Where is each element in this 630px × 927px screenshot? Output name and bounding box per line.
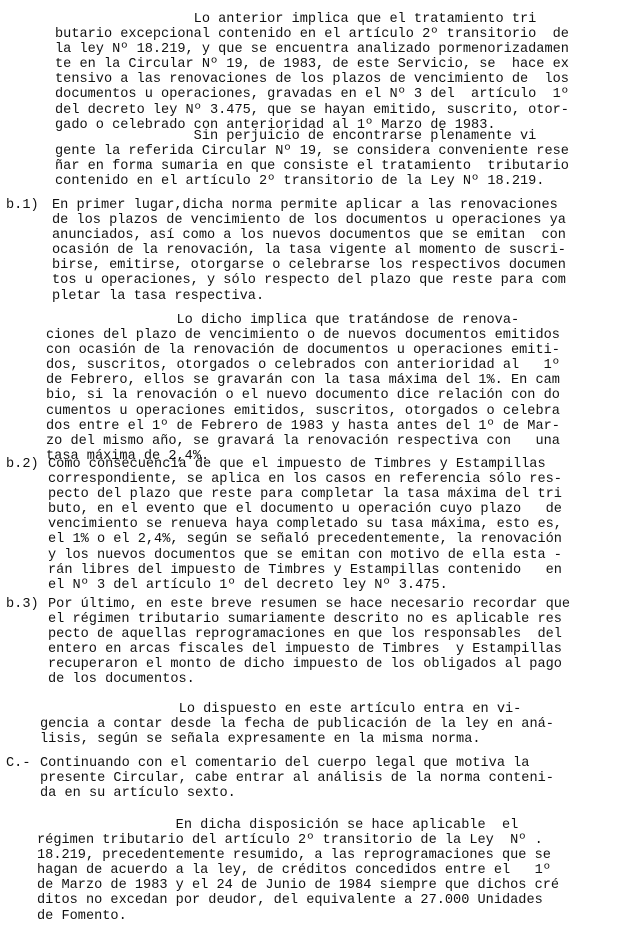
paragraph-p1: Lo anterior implica que el tratamiento t… <box>55 12 569 133</box>
text-line: Lo dicho implica que tratándose de renov… <box>46 313 560 328</box>
text-line: pletar la tasa respectiva. <box>52 289 566 304</box>
text-line: gente la referida Circular Nº 19, se con… <box>55 144 569 159</box>
text-line: tos u operaciones, y sólo respecto del p… <box>52 273 566 288</box>
text-line: correspondiente, se aplica en los casos … <box>48 472 562 487</box>
text-line: rán libres del impuesto de Timbres y Est… <box>48 563 562 578</box>
text-line: de Marzo de 1983 y el 24 de Junio de 198… <box>37 878 559 893</box>
text-line: y los nuevos documentos que se emitan co… <box>48 548 562 563</box>
text-line: Por último, en este breve resumen se hac… <box>48 597 570 612</box>
text-line: Lo anterior implica que el tratamiento t… <box>55 12 569 27</box>
text-line: En dicha disposición se hace aplicable e… <box>37 818 559 833</box>
text-line: documentos u operaciones, gravadas en el… <box>55 87 569 102</box>
text-line: vencimiento se renueva haya completado s… <box>48 517 562 532</box>
text-line: entero en arcas fiscales del impuesto de… <box>48 642 570 657</box>
text-line: presente Circular, cabe entrar al anális… <box>40 771 554 786</box>
paragraph-b3: Por último, en este breve resumen se hac… <box>48 597 570 688</box>
section-label: b.2) <box>6 457 39 472</box>
paragraph-c: Continuando con el comentario del cuerpo… <box>40 756 554 801</box>
text-line: ciones del plazo de vencimiento o de nue… <box>46 328 560 343</box>
text-line: ñar en forma sumaria en que consiste el … <box>55 159 569 174</box>
paragraph-p4: Lo dispuesto en este artículo entra en v… <box>40 702 554 747</box>
section-label: C.- <box>6 756 30 771</box>
text-line: buto, en el evento que el documento u op… <box>48 502 562 517</box>
paragraph-p3: Lo dicho implica que tratándose de renov… <box>46 313 560 464</box>
text-line: Continuando con el comentario del cuerpo… <box>40 756 554 771</box>
text-line: cumentos u operaciones emitidos, suscrit… <box>46 404 560 419</box>
text-line: Como consecuencia de que el impuesto de … <box>48 457 562 472</box>
text-line: hagan de acuerdo a la ley, de créditos c… <box>37 863 559 878</box>
text-line: da en su artículo sexto. <box>40 786 554 801</box>
text-line: butario excepcional contenido en el artí… <box>55 27 569 42</box>
text-line: bio, si la renovación o el nuevo documen… <box>46 388 560 403</box>
text-line: te en la Circular Nº 19, de 1983, de est… <box>55 57 569 72</box>
section-label: b.3) <box>6 597 39 612</box>
text-line: En primer lugar,dicha norma permite apli… <box>52 198 566 213</box>
text-line: el Nº 3 del artículo 1º del decreto ley … <box>48 578 562 593</box>
text-line: de los plazos de vencimiento de los docu… <box>52 213 566 228</box>
text-line: lisis, según se señala expresamente en l… <box>40 732 554 747</box>
section-label: b.1) <box>6 198 39 213</box>
text-line: anunciados, así como a los nuevos docume… <box>52 228 566 243</box>
paragraph-p5: En dicha disposición se hace aplicable e… <box>37 818 559 924</box>
text-line: dos entre el 1º de Febrero de 1983 y has… <box>46 419 560 434</box>
text-line: con ocasión de la renovación de document… <box>46 343 560 358</box>
paragraph-b2: Como consecuencia de que el impuesto de … <box>48 457 562 593</box>
paragraph-b1: En primer lugar,dicha norma permite apli… <box>52 198 566 304</box>
text-line: del decreto ley Nº 3.475, que se hayan e… <box>55 103 569 118</box>
text-line: dos, suscritos, otorgados o celebrados c… <box>46 358 560 373</box>
text-line: Lo dispuesto en este artículo entra en v… <box>40 702 554 717</box>
text-line: contenido en el artículo 2º transitorio … <box>55 174 569 189</box>
paragraph-p2: Sin perjuicio de encontrarse plenamente … <box>55 129 569 189</box>
text-line: la ley Nº 18.219, y que se encuentra ana… <box>55 42 569 57</box>
text-line: pecto del plazo que reste para completar… <box>48 487 562 502</box>
document-page: Lo anterior implica que el tratamiento t… <box>0 0 630 927</box>
text-line: el 1% o el 2,4%, según se señaló precede… <box>48 532 562 547</box>
text-line: el régimen tributario sumariamente descr… <box>48 612 570 627</box>
text-line: Sin perjuicio de encontrarse plenamente … <box>55 129 569 144</box>
text-line: ditos no excedan por deudor, del equival… <box>37 893 559 908</box>
text-line: tensivo a las renovaciones de los plazos… <box>55 72 569 87</box>
text-line: 18.219, precedentemente resumido, a las … <box>37 848 559 863</box>
text-line: de Fomento. <box>37 909 559 924</box>
text-line: pecto de aquellas reprogramaciones en qu… <box>48 627 570 642</box>
text-line: birse, emitirse, otorgarse o celebrarse … <box>52 258 566 273</box>
text-line: régimen tributario del artículo 2º trans… <box>37 833 559 848</box>
text-line: recuperaron el monto de dicho impuesto d… <box>48 657 570 672</box>
text-line: ocasión de la renovación, la tasa vigent… <box>52 243 566 258</box>
text-line: zo del mismo año, se gravará la renovaci… <box>46 434 560 449</box>
text-line: gencia a contar desde la fecha de public… <box>40 717 554 732</box>
text-line: de los documentos. <box>48 672 570 687</box>
text-line: de Febrero, ellos se gravarán con la tas… <box>46 373 560 388</box>
